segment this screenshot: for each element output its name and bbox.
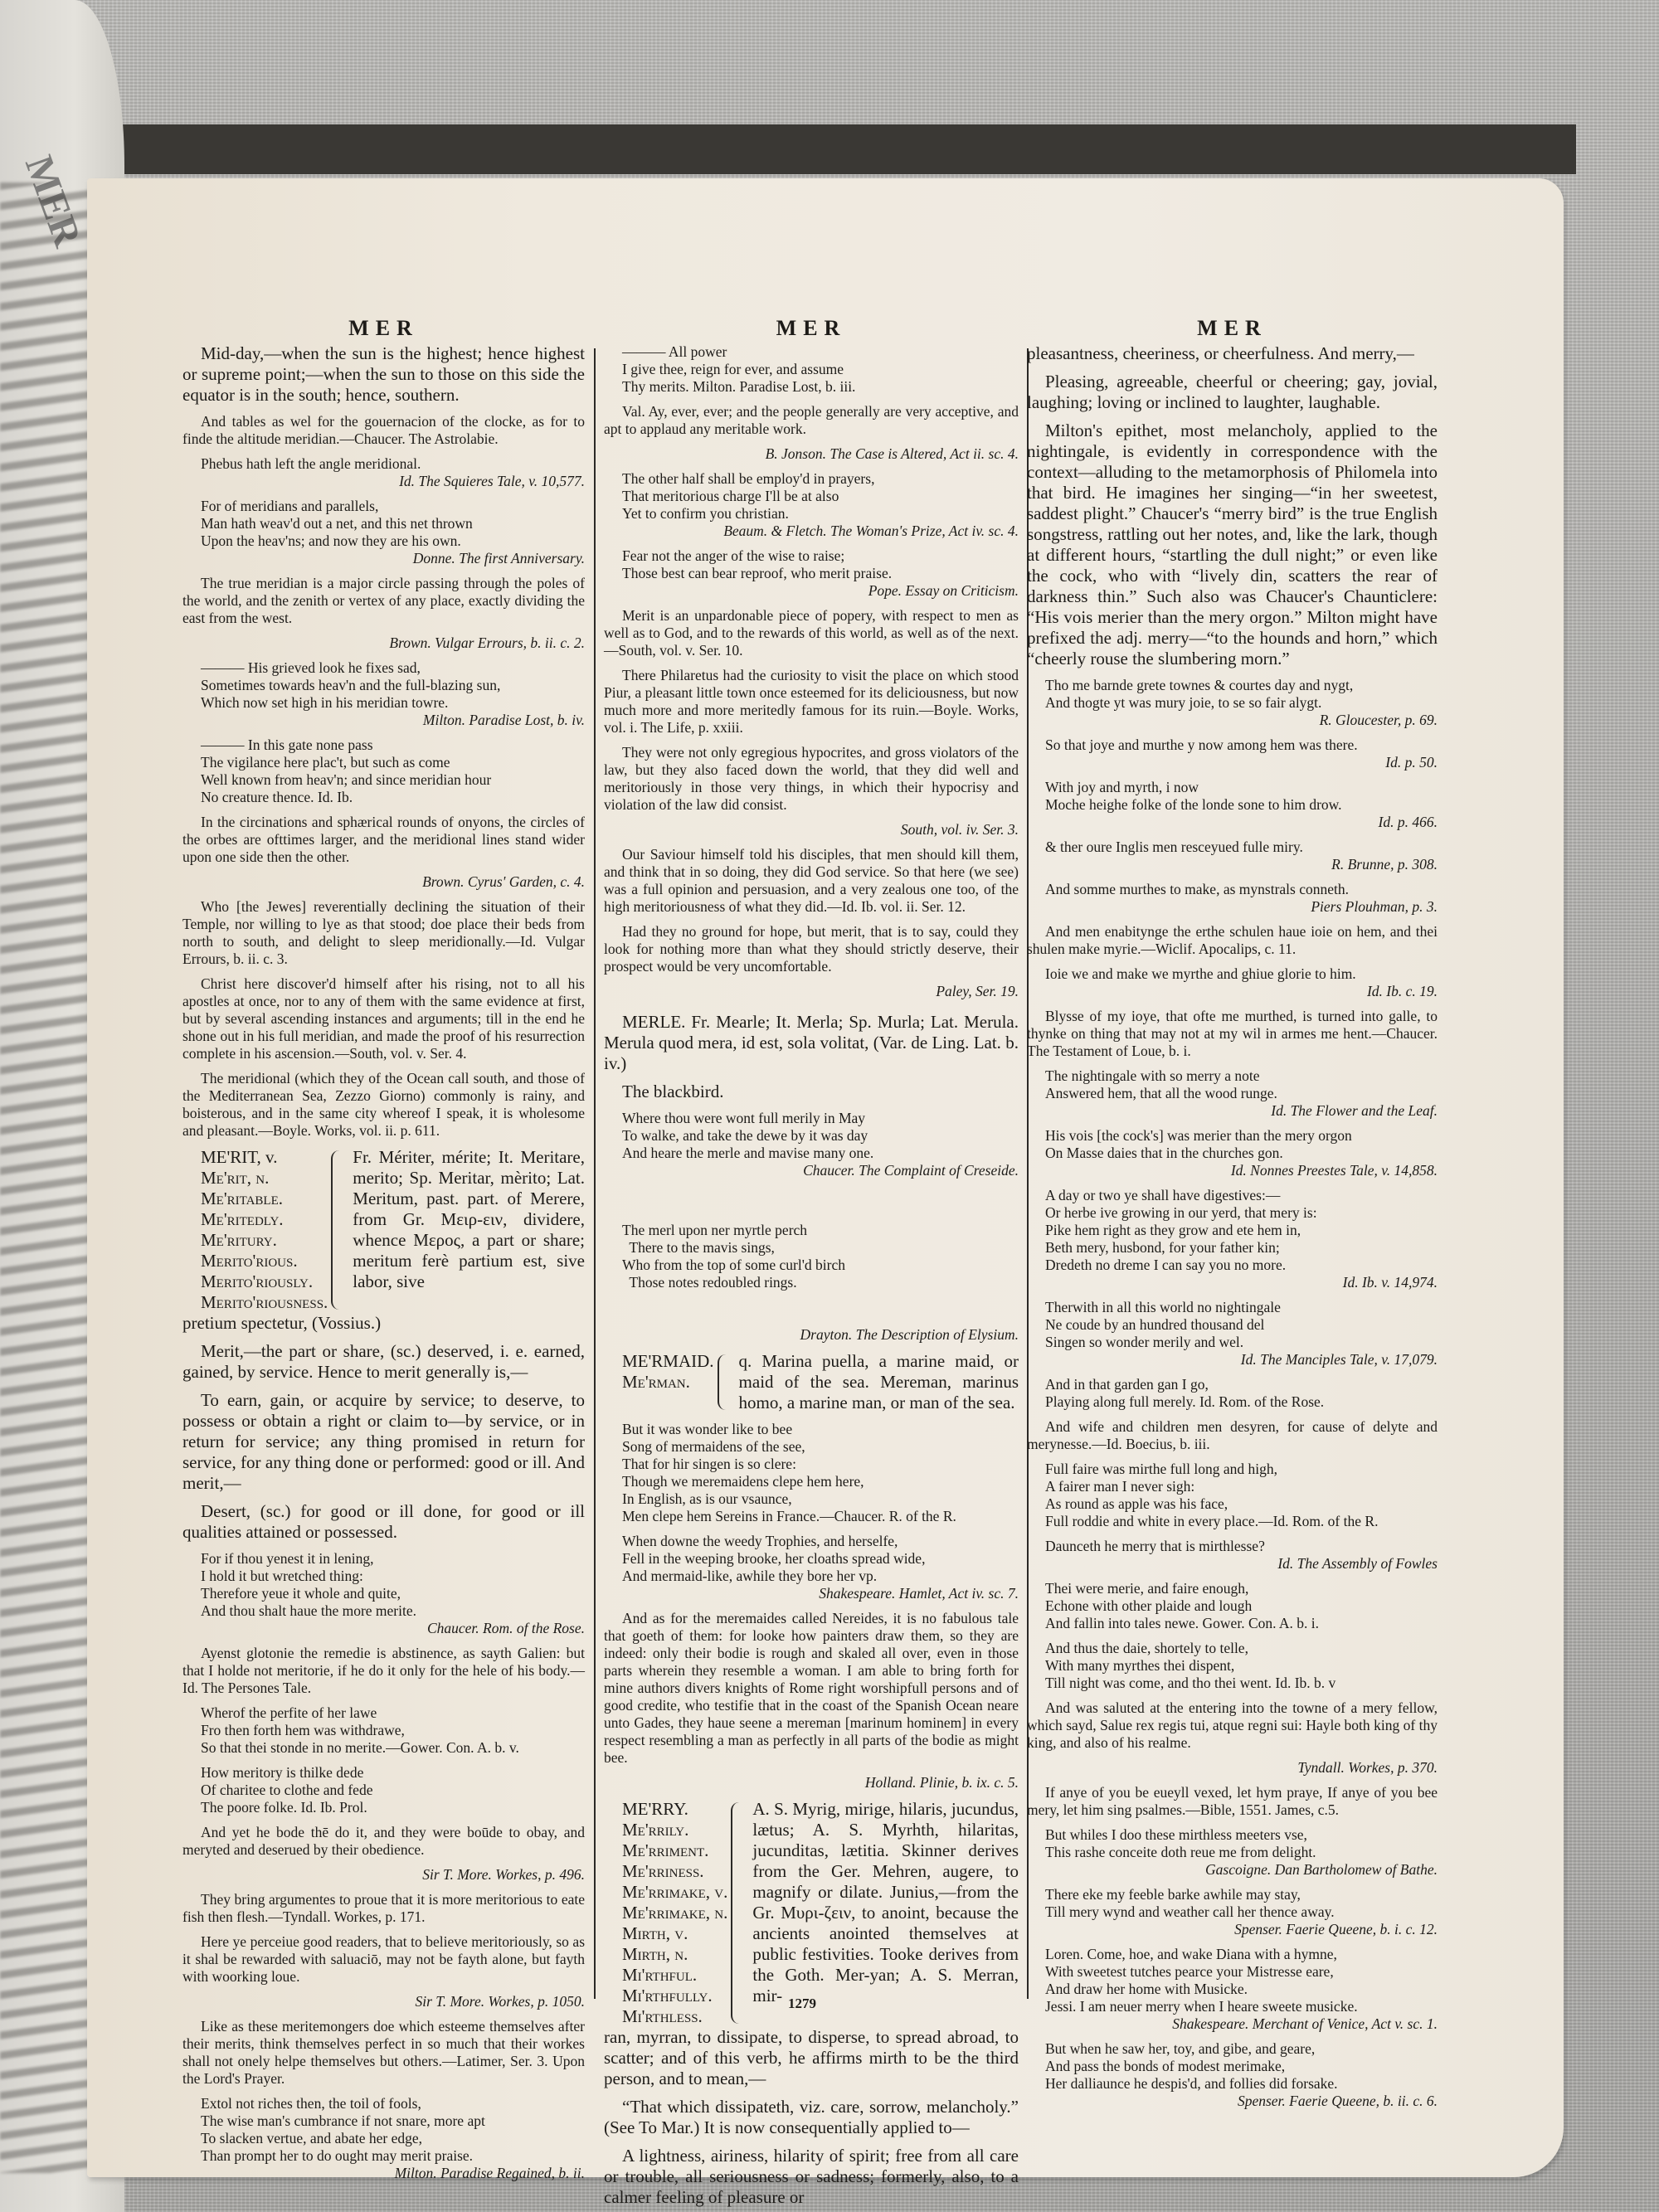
headword: Mi'rthful. <box>622 1965 727 1986</box>
citation: Id. The Manciples Tale, v. 17,079. <box>1027 1351 1438 1369</box>
headword: Merito'rious. <box>201 1251 328 1271</box>
verse-quotation: Tho me barnde grete townes & courtes day… <box>1027 677 1438 712</box>
running-head: MER <box>182 319 585 337</box>
quotation: They were not only egregious hypocrites,… <box>604 744 1019 814</box>
citation: Gascoigne. Dan Bartholomew of Bathe. <box>1027 1861 1438 1879</box>
verse-quotation: Therwith in all this world no nightingal… <box>1027 1299 1438 1351</box>
verse-quotation: & ther oure Inglis men resceyued fulle m… <box>1027 839 1438 856</box>
citation: Brown. Vulgar Errours, b. ii. c. 2. <box>182 634 585 652</box>
page-number: 1279 <box>788 1996 816 2012</box>
verse-quotation: Where thou were wont full merily in MayT… <box>604 1110 1019 1162</box>
citation: Id. p. 50. <box>1027 754 1438 771</box>
verse-quotation: When downe the weedy Trophies, and herse… <box>604 1533 1019 1585</box>
headword: Me'rriment. <box>622 1840 727 1861</box>
citation: Id. Nonnes Preestes Tale, v. 14,858. <box>1027 1162 1438 1179</box>
verse-quotation: Extol not riches then, the toil of fools… <box>182 2095 585 2165</box>
citation: Sir T. More. Workes, p. 496. <box>182 1866 585 1884</box>
headword: Me'ritury. <box>201 1230 328 1251</box>
verse-quotation: A day or two ye shall have digestives:—O… <box>1027 1187 1438 1274</box>
quotation: If anye of you be eueyll vexed, let hym … <box>1027 1784 1438 1819</box>
entry-merle: MERLE. Fr. Mearle; It. Merla; Sp. Murla;… <box>604 1012 1019 1074</box>
running-head: MER <box>1027 319 1438 337</box>
quotation: Who [the Jewes] reverentially declining … <box>182 898 585 968</box>
citation: South, vol. iv. Ser. 3. <box>604 821 1019 839</box>
headword: ME'RRY. <box>622 1799 727 1820</box>
quotation: Merit is an unpardonable piece of popery… <box>604 607 1019 659</box>
entry-mermaid: ME'RMAID. Me'rman. q. Marina puella, a m… <box>604 1351 1019 1413</box>
citation: Chaucer. Rom. of the Rose. <box>182 1620 585 1637</box>
quotation: And men enabitynge the erthe schulen hau… <box>1027 923 1438 958</box>
citation: Id. The Flower and the Leaf. <box>1027 1102 1438 1120</box>
headword: Me'rriness. <box>622 1861 727 1882</box>
citation: Spenser. Faerie Queene, b. ii. c. 6. <box>1027 2093 1438 2110</box>
quotation: Val. Ay, ever, ever; and the people gene… <box>604 403 1019 438</box>
verse-quotation: His vois [the cock's] was merier than th… <box>1027 1127 1438 1162</box>
usage-note: Milton's epithet, most melancholy, appli… <box>1027 421 1438 669</box>
definition: The blackbird. <box>604 1082 1019 1102</box>
quotation: And was saluted at the entering into the… <box>1027 1699 1438 1752</box>
verse-quotation: The other half shall be employ'd in pray… <box>604 470 1019 523</box>
citation: Id. Ib. v. 14,974. <box>1027 1274 1438 1291</box>
citation: Id. Ib. c. 19. <box>1027 983 1438 1000</box>
verse-quotation: There eke my feeble barke awhile may sta… <box>1027 1886 1438 1921</box>
citation: Beaum. & Fletch. The Woman's Prize, Act … <box>604 523 1019 540</box>
verse-quotation: With joy and myrth, i nowMoche heighe fo… <box>1027 779 1438 814</box>
headword: Merito'riously. <box>201 1271 328 1292</box>
definition: Desert, (sc.) for good or ill done, for … <box>182 1501 585 1543</box>
headword: Me'rrily. <box>622 1820 727 1840</box>
quotation: Blysse of my ioye, that ofte me murthed,… <box>1027 1008 1438 1060</box>
headword: Me'ritable. <box>201 1189 328 1209</box>
quotation: And as for the meremaides called Nereide… <box>604 1610 1019 1767</box>
etymology: q. Marina puella, a marine maid, or maid… <box>739 1351 1019 1413</box>
quotation: Had they no ground for hope, but merit, … <box>604 923 1019 975</box>
citation: Piers Plouhman, p. 3. <box>1027 898 1438 916</box>
etymology: A. S. Myrig, mirige, hilaris, jucundus, … <box>752 1799 1019 2027</box>
book-cover-edge <box>83 124 1576 174</box>
column-rule-1 <box>594 348 596 1999</box>
citation: Shakespeare. Hamlet, Act iv. sc. 7. <box>604 1585 1019 1602</box>
headword-list: ME'RMAID. Me'rman. <box>604 1351 714 1413</box>
quotation: In the circinations and sphærical rounds… <box>182 814 585 866</box>
headword: Mirth, v. <box>622 1923 727 1944</box>
verse-quotation: And somme murthes to make, as mynstrals … <box>1027 881 1438 898</box>
entry-merry: ME'RRY. Me'rrily. Me'rriment. Me'rriness… <box>604 1799 1019 2027</box>
quotation: Here ye perceiue good readers, that to b… <box>182 1933 585 1986</box>
citation: R. Gloucester, p. 69. <box>1027 712 1438 729</box>
verse-quotation: And thus the daie, shortely to telle,Wit… <box>1027 1640 1438 1692</box>
quotation: The meridional (which they of the Ocean … <box>182 1070 585 1140</box>
etymology-continued: ran, myrran, to dissipate, to disperse, … <box>604 2027 1019 2089</box>
verse-quotation: And in that garden gan I go,Playing alon… <box>1027 1376 1438 1411</box>
verse-quotation: Thei were merie, and faire enough,Echone… <box>1027 1580 1438 1632</box>
verse-quotation: But it was wonder like to beeSong of mer… <box>604 1421 1019 1525</box>
verse-quotation: ——— In this gate none passThe vigilance … <box>182 737 585 806</box>
quotation: Christ here discover'd himself after his… <box>182 975 585 1062</box>
citation: Milton. Paradise Lost, b. iv. <box>182 712 585 729</box>
headword-list: ME'RRY. Me'rrily. Me'rriment. Me'rriness… <box>604 1799 727 2027</box>
column-2: MER ——— All powerI give thee, reign for … <box>604 319 1019 2212</box>
quotation: And wife and children men desyren, for c… <box>1027 1418 1438 1453</box>
headword: Me'rrimake, n. <box>622 1903 727 1923</box>
citation: Brown. Cyrus' Garden, c. 4. <box>182 873 585 891</box>
etymology: Fr. Mériter, mérite; It. Meritare, merit… <box>353 1147 585 1313</box>
definition: “That which dissipateth, viz. care, sorr… <box>604 2097 1019 2138</box>
verse-quotation: For of meridians and parallels,Man hath … <box>182 498 585 550</box>
citation: Sir T. More. Workes, p. 1050. <box>182 1993 585 2010</box>
citation: B. Jonson. The Case is Altered, Act ii. … <box>604 445 1019 463</box>
citation: Donne. The first Anniversary. <box>182 550 585 567</box>
headword: Me'rman. <box>622 1372 714 1393</box>
quotation: They bring argumentes to proue that it i… <box>182 1891 585 1926</box>
verse-quotation: ——— All powerI give thee, reign for ever… <box>604 343 1019 396</box>
quotation: Like as these meritemongers doe which es… <box>182 2018 585 2088</box>
citation: Id. The Assembly of Fowles <box>1027 1555 1438 1573</box>
quotation: And yet he bode thē do it, and they were… <box>182 1824 585 1859</box>
headword: Mi'rthless. <box>622 2006 727 2027</box>
citation: Pope. Essay on Criticism. <box>604 582 1019 600</box>
citation: Chaucer. The Complaint of Creseide. <box>604 1162 1019 1179</box>
quotation: Ayenst glotonie the remedie is abstinenc… <box>182 1645 585 1697</box>
verse-quotation: ——— His grieved look he fixes sad,Someti… <box>182 659 585 712</box>
citation: Shakespeare. Merchant of Venice, Act v. … <box>1027 2015 1438 2033</box>
verse-quotation: The nightingale with so merry a noteAnsw… <box>1027 1067 1438 1102</box>
headword: Merito'riousness. <box>201 1292 328 1313</box>
quotation: The true meridian is a major circle pass… <box>182 575 585 627</box>
citation: Id. The Squieres Tale, v. 10,577. <box>182 473 585 490</box>
column-1: MER Mid-day,—when the sun is the highest… <box>182 319 585 2190</box>
citation: Tyndall. Workes, p. 370. <box>1027 1759 1438 1777</box>
brace-icon <box>331 1150 348 1310</box>
headword: ME'RIT, v. <box>201 1147 328 1168</box>
verse-quotation: But when he saw her, toy, and gibe, and … <box>1027 2040 1438 2093</box>
headword: Me'ritedly. <box>201 1209 328 1230</box>
quotation: And tables as wel for the gouernacion of… <box>182 413 585 448</box>
running-head: MER <box>604 319 1019 337</box>
verse-quotation: Daunceth he merry that is mirthlesse? <box>1027 1538 1438 1555</box>
verse-quotation: Full faire was mirthe full long and high… <box>1027 1461 1438 1530</box>
definition-continued: pleasantness, cheeriness, or cheerfulnes… <box>1027 343 1438 364</box>
verse-quotation: How meritory is thilke dedeOf charitee t… <box>182 1764 585 1816</box>
citation: Drayton. The Description of Elysium. <box>604 1326 1019 1344</box>
definition: Pleasing, agreeable, cheerful or cheerin… <box>1027 372 1438 413</box>
citation: Paley, Ser. 19. <box>604 983 1019 1000</box>
headword-list: ME'RIT, v. Me'rit, n. Me'ritable. Me'rit… <box>182 1147 328 1313</box>
citation: Milton. Paradise Regained, b. ii. <box>182 2165 585 2182</box>
citation: Holland. Plinie, b. ix. c. 5. <box>604 1774 1019 1791</box>
verse-quotation: Loren. Come, hoe, and wake Diana with a … <box>1027 1946 1438 2015</box>
brace-icon <box>718 1354 734 1410</box>
citation: Id. p. 466. <box>1027 814 1438 831</box>
column-3: MER pleasantness, cheeriness, or cheerfu… <box>1027 319 1438 2117</box>
brace-icon <box>731 1802 747 2024</box>
verse-quotation: Ioie we and make we myrthe and ghiue glo… <box>1027 965 1438 983</box>
verse-quotation: Phebus hath left the angle meridional. <box>182 455 585 473</box>
citation: Spenser. Faerie Queene, b. i. c. 12. <box>1027 1921 1438 1938</box>
definition: To earn, gain, or acquire by service; to… <box>182 1390 585 1494</box>
definition: Merit,—the part or share, (sc.) deserved… <box>182 1341 585 1383</box>
etymology-continued: pretium spectetur, (Vossius.) <box>182 1313 585 1334</box>
citation: R. Brunne, p. 308. <box>1027 856 1438 873</box>
quotation: Our Saviour himself told his disciples, … <box>604 846 1019 916</box>
entry-merit: ME'RIT, v. Me'rit, n. Me'ritable. Me'rit… <box>182 1147 585 1313</box>
verse-quotation: The merl upon ner myrtle perch There to … <box>604 1187 1019 1326</box>
verse-quotation: But whiles I doo these mirthless meeters… <box>1027 1826 1438 1861</box>
quotation: There Philaretus had the curiosity to vi… <box>604 667 1019 737</box>
verse-quotation: So that joye and murthe y now among hem … <box>1027 737 1438 754</box>
verse-quotation: For if thou yenest it in lening,I hold i… <box>182 1550 585 1620</box>
headword: Mi'rthfully. <box>622 1986 727 2006</box>
headword: Me'rit, n. <box>201 1168 328 1189</box>
definition-midday: Mid-day,—when the sun is the highest; he… <box>182 343 585 406</box>
verse-quotation: Fear not the anger of the wise to raise;… <box>604 547 1019 582</box>
definition: A lightness, airiness, hilarity of spiri… <box>604 2146 1019 2208</box>
verse-quotation: Wherof the perfite of her laweFro then f… <box>182 1704 585 1757</box>
headword: ME'RMAID. <box>622 1351 714 1372</box>
headword: Me'rrimake, v. <box>622 1882 727 1903</box>
headword: Mirth, n. <box>622 1944 727 1965</box>
